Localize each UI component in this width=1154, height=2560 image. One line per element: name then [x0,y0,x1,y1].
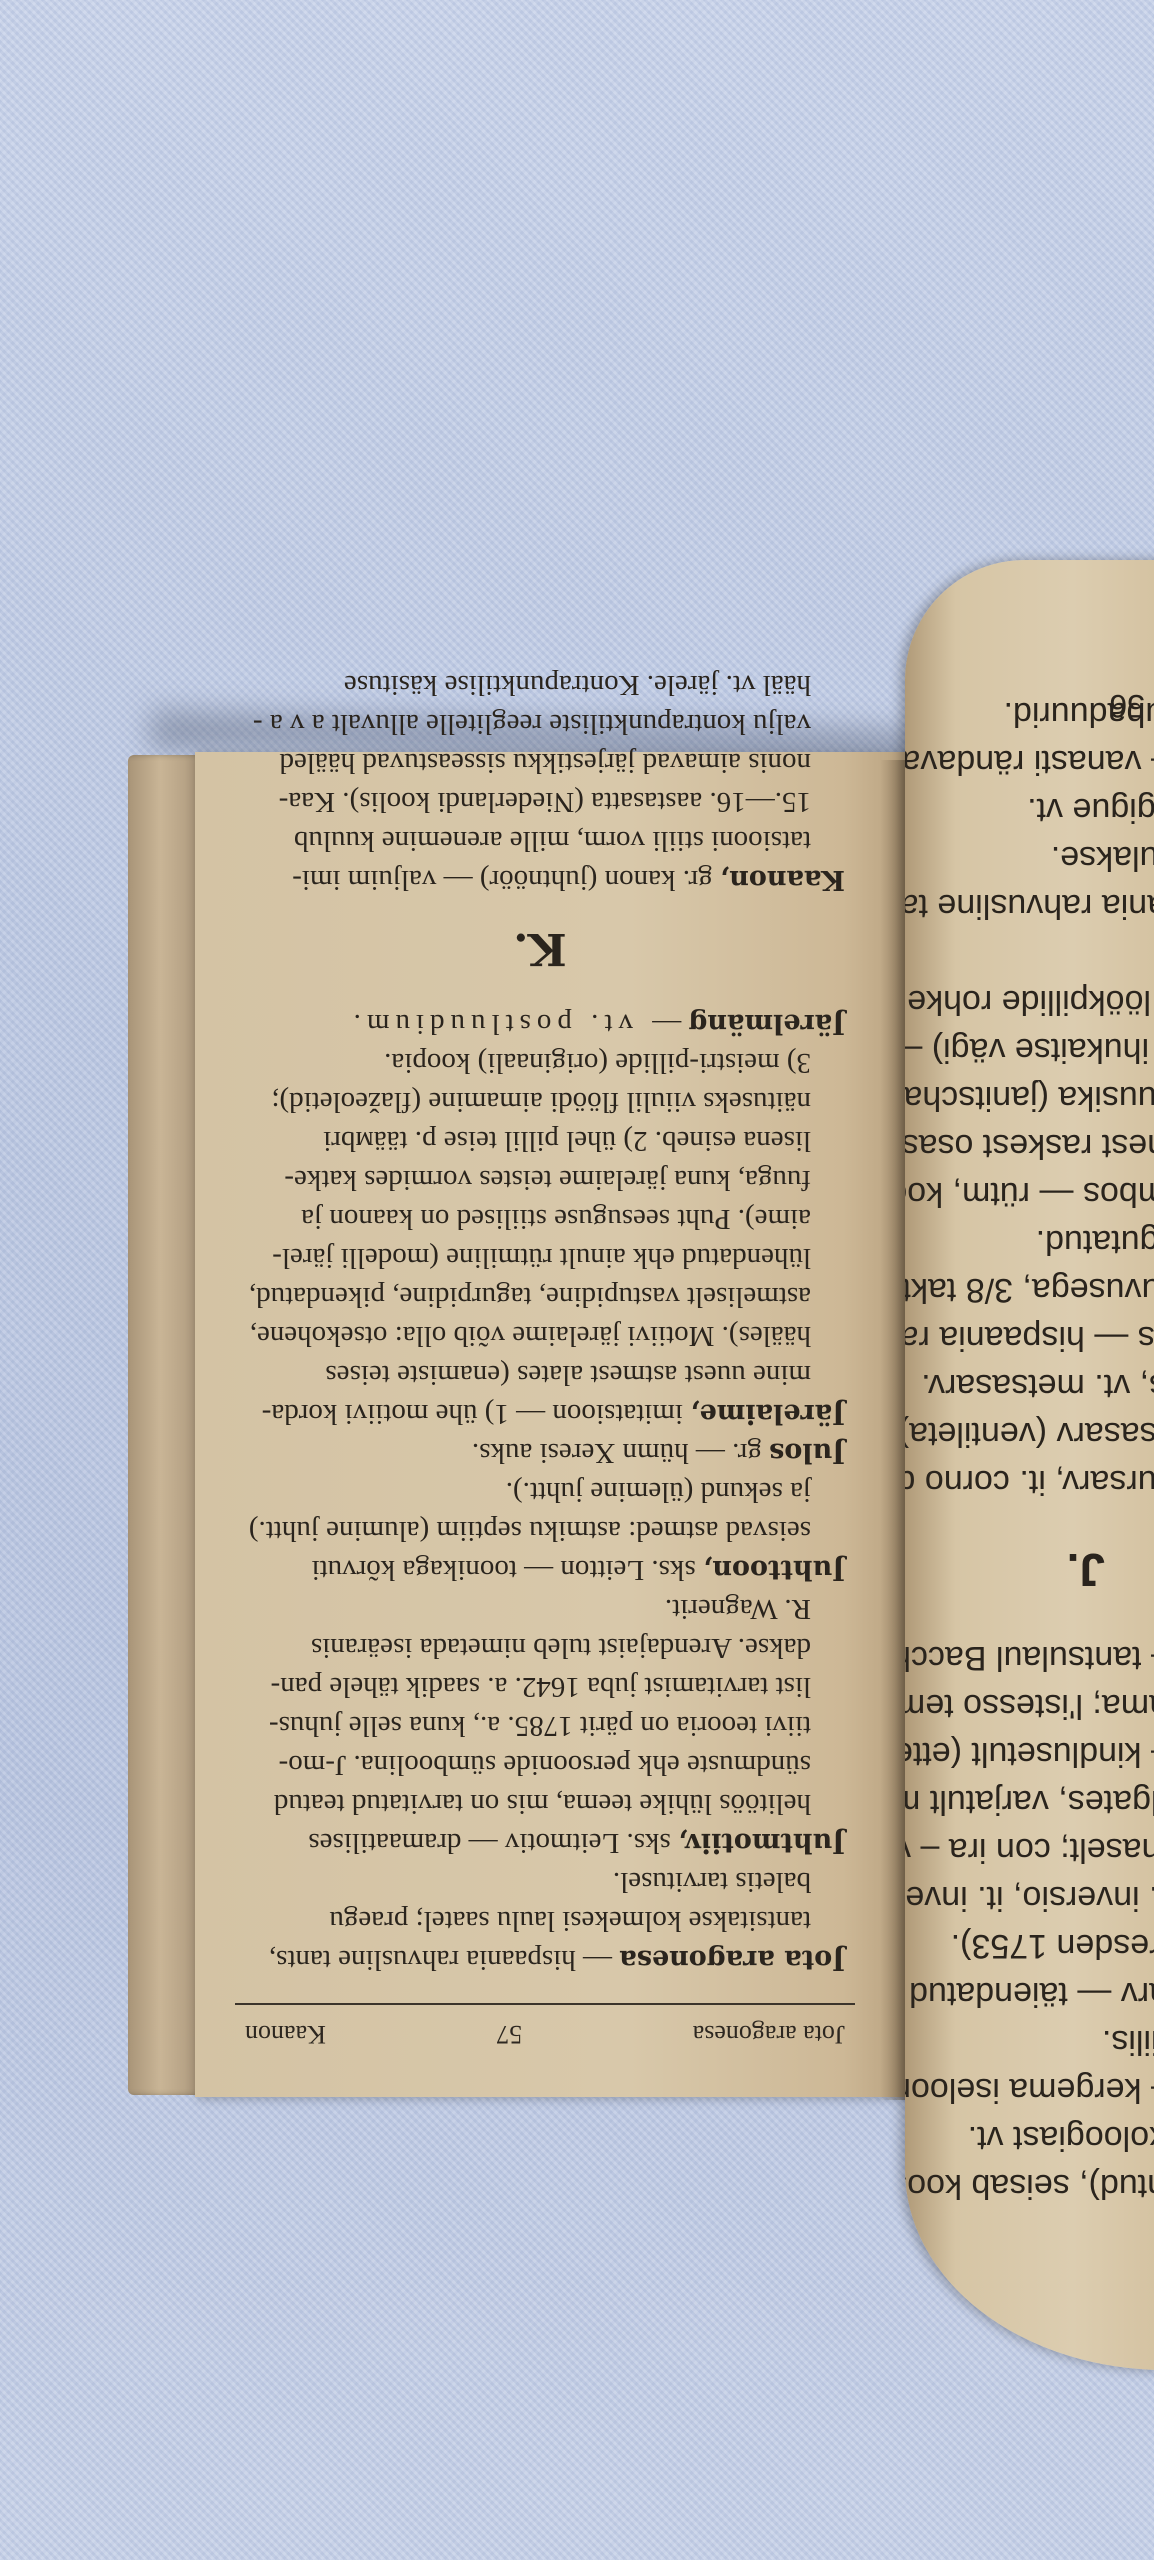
fragment-line: ikuvusega, 3/8 takts; tih [925,1266,1154,1314]
entry-line: helitöös lühike teema, mis on tarvitatud… [235,1784,845,1823]
entry-line: lisena esineb. 2) ühel pillil teise p. t… [235,1121,845,1160]
entry-line: list tarvitamist juba 1642. a. saadik tä… [235,1667,845,1706]
headword: Järelaime, [690,1398,845,1429]
fragment-line: — vanasti rändavate [925,738,1154,786]
fragment-line: is löökpillide rohke arvu [925,978,1154,1026]
entry-line: dakse. Arendajaist tuleb nimetada iseära… [235,1628,845,1667]
entry-line: nonis aimavad järjestikku sisseastuvad h… [235,743,845,782]
entry-line: R. Wagnerit. [235,1589,845,1628]
right-page-content-rotated: untud), seisab koos ühe oxoloogiast vt. … [905,560,1154,2370]
fragment-line: ros — hispaania rahvusl [925,1314,1154,1362]
entry-line: gr. — hümn Xeresi auks. [472,1437,762,1469]
fragment-line: sarv — täiendatud metsa [925,1970,1154,2018]
page-number-56: 56 [1109,682,1145,730]
entry-line: imitatsioon — 1) ühe motiivi korda- [262,1398,683,1430]
fragment-line: laulakse. [925,834,1154,882]
fragment-line: aigutatud. [925,1218,1154,1266]
entry-jarelaime: Järelaime, imitatsioon — 1) ühe motiivi … [235,1043,845,1433]
entry-line: tiivi teooria on pärit 1785. a., kuna se… [235,1706,845,1745]
entry-line: sks. Leitton — toonikaga kõrvuti [312,1554,696,1586]
entry-line: valju kontrapunktiliste reeglitelle allu… [235,704,845,743]
entry-line: hääl vt. järele. Kontrapunktilise käsitu… [235,665,845,704]
entry-line: lühendatud ehk ainult rütmiline (modelli… [235,1238,845,1277]
entry-line: baletis tarvitusel. [235,1862,845,1901]
fragment-line: etsasarv (ventileta) natu [925,1410,1154,1458]
fragment-line: pilgates, varjatult mõnit [925,1778,1154,1826]
fragment-line: v. [925,930,1154,978]
fragment-line: ni ihukaitse vägi) – Tü [925,1026,1154,1074]
running-head: Jota aragonesa 57 Kaanon [245,2019,845,2049]
fragment-line: muusika (janitschaari [925,1074,1154,1122]
headword: Jota aragonesa [619,1944,845,1975]
entry-line: tantsitakse kolmekesi laulu saatel; prae… [235,1901,845,1940]
page-number: 57 [496,2019,522,2049]
dictionary-text-column: Jota aragonesa — hispaania rahvusline ta… [235,665,845,1979]
left-page-57: Jota aragonesa 57 Kaanon Jota aragonesa … [195,752,915,2097]
fragment-line: tuursarv, it. corno di c [925,1458,1154,1506]
entry-julos: Julos gr. — hümn Xeresi auks. [235,1433,845,1472]
section-letter-j: J. [925,1546,1154,1594]
entry-line: hääles). Motiivi järelaime võib olla: ot… [235,1316,845,1355]
section-letter-k: K. [235,929,845,968]
entry-line: sündmuste ehk persoonide sümboolina. J-m… [235,1745,845,1784]
entry-line: — hispaania rahvusline tants, [269,1944,612,1976]
fragment-line: Dresden 1753). [925,1922,1154,1970]
entry-line: mine uuest astmest alates (enamiste teis… [235,1355,845,1394]
fragment-line: — tantsulaul Bacchuse au [925,1634,1154,1682]
entry-line: gr. kanon (juhtnöör) — valjuim imi- [292,864,712,896]
fragment-line: = gigue vt. [925,786,1154,834]
fragment-line: es, vt. metsasarv. [925,1362,1154,1410]
entry-line: ja sekund (ülemine juhtt.). [235,1472,845,1511]
left-page-content-rotated: Jota aragonesa 57 Kaanon Jota aragonesa … [195,752,915,2097]
right-page-56: untud), seisab koos ühe oxoloogiast vt. … [905,560,1154,2370]
entry-line: 15.—16. aastasatta (Niederlandi koolis).… [235,782,845,821]
running-head-right: Kaanon [245,2019,326,2049]
entry-jarelmang: Järelmäng — vt. postluudium. [235,1004,845,1043]
entry-juhttoon: Juhttoon, sks. Leitton — toonikaga kõrvu… [235,1472,845,1589]
fragment-line: stiilis. [925,2018,1154,2066]
fragment-line: ühest raskest osast. [925,1122,1154,1170]
entry-line: tatsiooni stiili vorm, mille arenemine k… [235,821,845,860]
headword: Järelmäng [688,1008,845,1039]
running-head-left: Jota aragonesa [693,2019,845,2049]
fragment-line: vihaselt; con ira – viha [925,1826,1154,1874]
fragment-line: untud), seisab koos ühe [925,2162,1154,2210]
fragment-line: oxoloogiast vt. [925,2114,1154,2162]
right-page-fragments: untud), seisab koos ühe oxoloogiast vt. … [925,690,1154,2210]
headword: Juhtmotiiv, [678,1827,845,1858]
entry-line: fuuga, kuna järelaime teistes vormides k… [235,1160,845,1199]
headword: Juhttoon, [703,1554,845,1585]
fragment-line: aania rahvusline tants, [925,882,1154,930]
entry-line: aime). Puht seesuguse stiilised on kaano… [235,1199,845,1238]
headword: Julos [769,1437,845,1468]
entry-line: seisvad astmed: astmiku septiim (alumine… [235,1511,845,1550]
entry-line: sks. Leitmotiv — dramaatilises [308,1827,670,1859]
entry-jota-aragonesa: Jota aragonesa — hispaania rahvusline ta… [235,1862,845,1979]
headword: Kaanon, [720,864,845,895]
fragment-line: ld. inversio, it. inver [925,1874,1154,1922]
entry-line: 3) meistri-pillide (originaali) koopia. [235,1043,845,1082]
fragment-line: — kindlusetult (ettekanne [925,1730,1154,1778]
fragment-line: — kergema iseloomuga [925,2066,1154,2114]
entry-juhtmotiiv: Juhtmotiiv, sks. Leitmotiv — dramaatilis… [235,1589,845,1862]
entry-line: — vt. postluudium. [348,1008,682,1040]
entry-line: näituseks viiulil flöödi aimamine (flaže… [235,1082,845,1121]
header-rule [235,2003,855,2005]
fragment-line: ambos — rütm, koosse [925,1170,1154,1218]
fragment-line: sama; l'istesso tempo [925,1682,1154,1730]
entry-kaanon: Kaanon, gr. kanon (juhtnöör) — valjuim i… [235,665,845,899]
entry-line: astmeliselt vastupidine, tagurpidine, pi… [235,1277,845,1316]
